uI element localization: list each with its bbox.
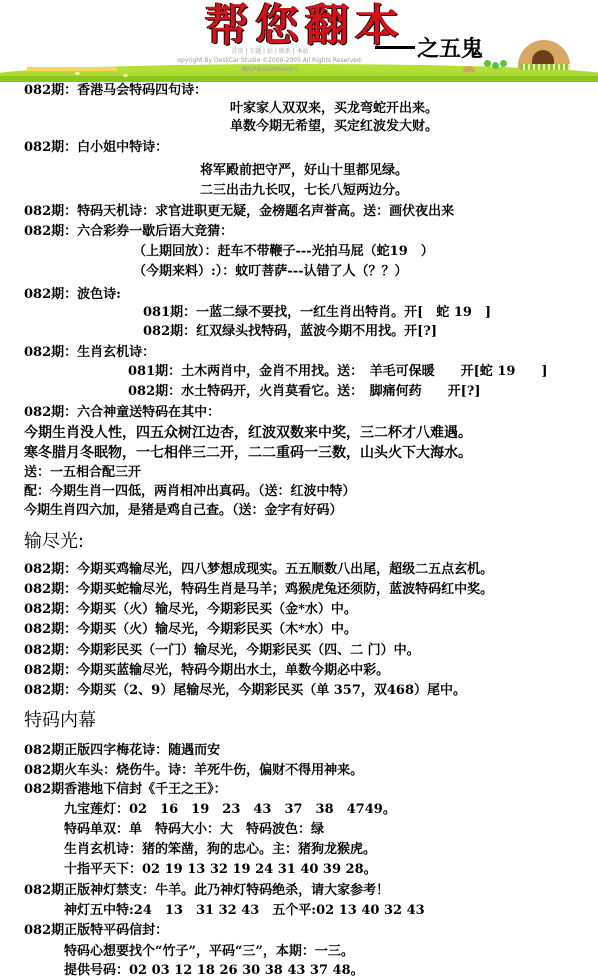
section-header: 082期：波色诗: [24, 286, 121, 304]
inside-subline: 十指平天下：02 19 13 32 19 24 31 40 39 28。 [64, 861, 377, 879]
section-line: 082期：特码天机诗：求官进职更无疑，金榜题名声誉高。送：画伏夜出来 [24, 203, 454, 221]
prophecy-line: 送：一五相合配三开 [24, 464, 141, 482]
section-header: 082期：六合神童送特码在其中： [24, 404, 220, 422]
section-header: 082期：白小姐中特诗： [24, 139, 168, 157]
lose-all-line: 082期：今期买蓝输尽光，特码今期出水土，单数今期必中彩。 [24, 662, 389, 680]
dot-decoration [75, 72, 80, 75]
section-header: 082期：生肖玄机诗： [24, 344, 155, 362]
lose-all-line: 082期：今期买（火）输尽光，今期彩民买（木*水）中。 [24, 621, 357, 639]
yellow-bar-decoration [27, 67, 117, 71]
riddle-line: （今期来料）:）：蚊叮菩萨---认错了人（？？） [133, 263, 408, 281]
mushroom-icon [463, 66, 475, 72]
inside-line: 082期正版神灯禁支：牛羊。此乃神灯特码绝杀，请大家参考！ [24, 882, 389, 900]
section-header: 082期：六合彩券一歇后语大竞猜： [24, 223, 233, 241]
copyright-notice: opyright By DeskCar Studio ©2000-2005 Al… [175, 56, 365, 65]
inside-line: 082期正版特平码信封： [24, 922, 168, 940]
prophecy-line: 今期生肖四六加，是猪是鸡自己查。（送：金字有好码） [24, 502, 343, 520]
poem-line: 叶家家人双双来，买龙弯蛇开出来。 [230, 100, 438, 118]
tree-icon [492, 62, 499, 69]
tree-icon [484, 60, 491, 67]
header-banner: 首页 | 专题 | 站 | 联系 | 本站 opyright By DeskCa… [0, 0, 598, 82]
poem-line: 二三出击九长叹，七长八短两边分。 [200, 182, 408, 200]
inside-subline: 生肖玄机诗：猪的笨凿，狗的忠心。主：猪狗龙猴虎。 [64, 841, 376, 859]
lose-all-line: 082期：今期买蛇输尽光，特码生肖是马羊；鸡猴虎兔还须防，蓝波特码红中奖。 [24, 581, 493, 599]
inside-line: 082期正版四字梅花诗：随遇而安 [24, 742, 220, 760]
fence-decoration [520, 64, 570, 70]
poem-line: 单数今期无希望，买定红波发大财。 [230, 118, 438, 136]
inside-line: 082期香港地下信封《千王之王》： [24, 781, 227, 799]
tree-icon [500, 60, 507, 67]
poem-line: 将军殿前把守严，好山十里都见绿。 [200, 162, 408, 180]
lose-all-line: 082期：今期彩民买（一门）输尽光，今期彩民买（四、二 门）中。 [24, 642, 420, 660]
riddle-line: （上期回放）：赶车不带鞭子---光拍马屁（蛇19 ） [133, 243, 434, 261]
color-poem-line: 082期：红双绿头找特码，蓝波今期不用找。开[?] [143, 323, 437, 341]
lose-all-line: 082期：今期买鸡输尽光，四八梦想成现实。五五顺数八出尾，超级二五点玄机。 [24, 561, 493, 579]
page-title: 帮您翻本 [205, 0, 405, 52]
section-heading-lose-all: 输尽光: [24, 530, 84, 554]
prophecy-line: 今期生肖没人性，四五众树江边杏，红波双数来中奖，三二杯才八难遇。 [24, 424, 472, 442]
zodiac-poem-line: 081期：土木两肖中，金肖不用找。送： 羊毛可保暖 开[蛇 19 ] [128, 363, 548, 381]
title-dash [375, 46, 415, 49]
inside-subline: 特码单双：单 特码大小：大 特码波色：绿 [64, 821, 324, 839]
inside-line: 082期火车头：烧伤牛。诗：羊死牛伤，偏财不得用神来。 [24, 762, 363, 780]
lose-all-line: 082期：今期买（2、9）尾输尽光，今期彩民买（单 357，双468）尾中。 [24, 682, 466, 700]
inside-subline: 特码心想要找个“竹子”，平码“三”，本期：一三。 [64, 943, 354, 961]
inside-subline: 提供号码：02 03 12 18 26 30 38 43 37 48。 [64, 962, 364, 979]
lose-all-line: 082期：今期买（火）输尽光，今期彩民买（金*水）中。 [24, 601, 357, 619]
section-heading-inside-info: 特码内幕 [24, 709, 96, 733]
color-poem-line: 081期：一蓝二绿不要找，一红生肖出特肖。开[ 蛇 19 ] [143, 304, 491, 322]
dot-decoration [123, 74, 128, 77]
prophecy-line: 寒冬腊月冬眠物，一七相伴三二开，二二重码一三数，山头火下大海水。 [24, 444, 472, 462]
prophecy-line: 配：今期生肖一四低，两肖相冲出真码。（送：红波中特） [24, 483, 356, 501]
section-header: 082期：香港马会特码四句诗： [24, 82, 207, 100]
inside-subline: 神灯五中特:24 13 31 32 43 五个平:02 13 40 32 43 [64, 902, 425, 920]
zodiac-poem-line: 082期：水土特码开，火肖莫看它。送： 脚痛何药 开[?] [128, 383, 481, 401]
icp-number: 豫ICP备05006668号 [175, 65, 365, 74]
inside-subline: 九宝莲灯：02 16 19 23 43 37 38 4749。 [64, 801, 396, 819]
page-subtitle: 之五鬼 [417, 32, 483, 63]
